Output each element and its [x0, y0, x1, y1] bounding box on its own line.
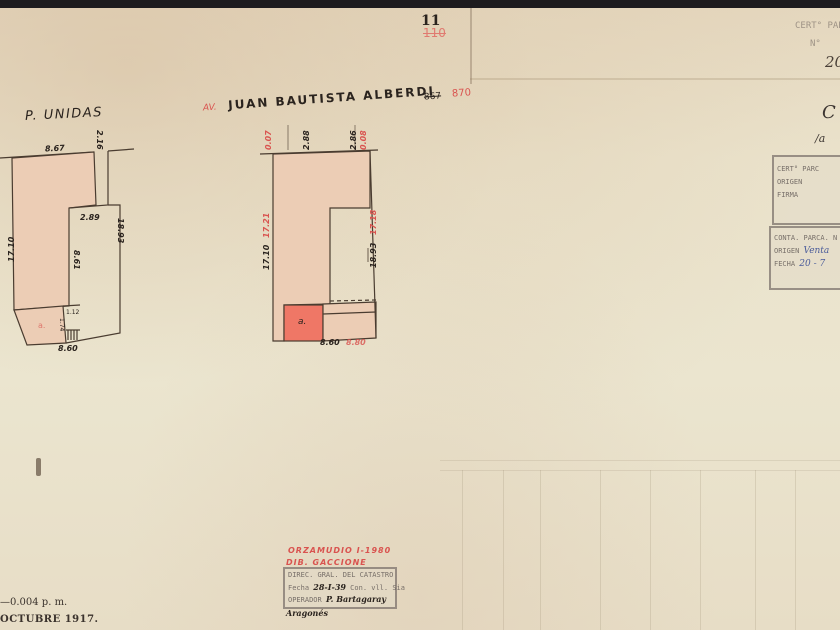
- footer-date: OCTUBRE 1917.: [0, 615, 99, 625]
- top-stamp-line-2: N°: [810, 40, 821, 49]
- consultation-stamp: CONTA. PARCA. N ORIGEN Venta FECHA 20 - …: [769, 226, 840, 290]
- certificate-stamp: CERT° PARC ORIGEN FIRMA: [772, 155, 840, 225]
- bottom-stamp-red-line-1: ORZAMUDIO I-1980: [288, 547, 391, 555]
- catastro-date-value: 28-I-39: [313, 582, 346, 592]
- catastro-date-suffix: Con. vll. Sia: [350, 584, 405, 592]
- bottom-stamp-red-line-2: DIB. GACCIONE: [286, 559, 367, 567]
- top-stamp-line-1: CERT° PARC.: [795, 22, 840, 31]
- top-stamp-value: 20: [825, 55, 840, 70]
- consult-origin-value: Venta: [804, 246, 830, 256]
- plot-left-right-depth: 18.93: [116, 218, 124, 243]
- consult-origin-label: ORIGEN: [774, 247, 799, 255]
- catastro-date-label: Fecha: [288, 584, 309, 592]
- consult-stamp-date: FECHA 20 - 7: [771, 258, 840, 271]
- consult-stamp-title: CONTA. PARCA. N: [771, 232, 840, 245]
- catastro-operator-value: P. Bartagaray: [326, 594, 386, 604]
- consult-stamp-origin: ORIGEN Venta: [771, 245, 840, 258]
- catastro-operator-label: OPERADOR: [288, 596, 322, 604]
- plot-right-right-depth-red: 17.18: [370, 210, 378, 235]
- plot-left-rear-width: 8.60: [58, 345, 78, 353]
- plot-right-rear-width: 8.60: [320, 339, 340, 347]
- plot-right-annotation: a.: [298, 318, 306, 327]
- consult-date-value: 20 - 7: [799, 259, 825, 269]
- plot-right-left-depth-red: 17.21: [263, 213, 271, 238]
- cert-stamp-origin-label: ORIGEN: [774, 176, 840, 189]
- plot-drawings: [0, 0, 840, 630]
- plot-right-left-depth: 17.10: [263, 245, 271, 270]
- plot-right-front-mid: 2.88: [303, 130, 311, 150]
- footer-scale: —0.004 p. m.: [0, 598, 67, 608]
- plot-right-outline: [260, 125, 378, 341]
- plot-left-annotation: a.: [38, 322, 45, 330]
- right-letter: C: [822, 104, 836, 122]
- catastro-stamp-title: DIREC. GRAL. DEL CATASTRO: [285, 569, 395, 581]
- catastro-stamp: DIREC. GRAL. DEL CATASTRO Fecha 28-I-39 …: [283, 567, 397, 609]
- plot-right-front-left-red: 0.07: [265, 130, 273, 150]
- consult-date-label: FECHA: [774, 260, 795, 268]
- cert-stamp-title: CERT° PARC: [774, 163, 840, 176]
- plot-left-small-label-2: 1.74: [58, 318, 64, 331]
- plot-right-front-right-red: 0.08: [360, 130, 368, 150]
- right-hand-note: /a: [815, 133, 825, 144]
- plot-right-rear-width-red: 8.80: [346, 339, 366, 347]
- plot-left-inner-width: 2.89: [80, 214, 100, 222]
- plot-left-left-depth: 17.10: [8, 237, 16, 262]
- plot-left-front-width: 8.67: [45, 144, 65, 153]
- plot-right-right-depth: 18.93: [370, 243, 378, 268]
- cert-stamp-signature-label: FIRMA: [774, 189, 840, 202]
- plot-left-inner-depth: 8.61: [72, 250, 80, 270]
- bottom-signature: Aragonés: [286, 609, 328, 617]
- catastro-stamp-date: Fecha 28-I-39 Con. vll. Sia: [285, 581, 395, 593]
- catastro-stamp-operator: OPERADOR P. Bartagaray: [285, 593, 395, 605]
- ink-blot: [36, 458, 41, 476]
- plot-right-front-right: 2.86: [350, 130, 358, 150]
- plot-left-side-passage: 2.16: [95, 130, 103, 150]
- plot-left-small-label: 1.12: [66, 310, 79, 316]
